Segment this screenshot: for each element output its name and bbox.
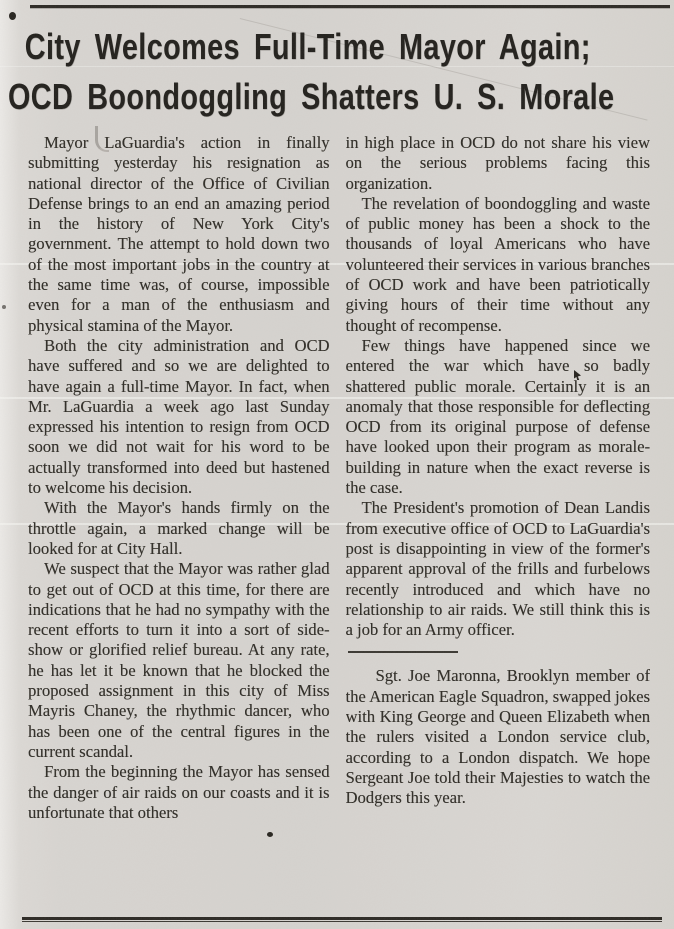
paragraph: The revelation of boondoggling and waste… [346, 194, 651, 336]
paragraph: Few things have happened since we entere… [346, 336, 651, 498]
note-paragraph: Sgt. Joe Maronna, Brooklyn member of the… [346, 666, 651, 808]
bottom-rule-thick [22, 917, 662, 920]
paragraph: The President's promotion of Dean Landis… [346, 498, 651, 640]
headline-line-1: City Welcomes Full-Time Mayor Again; [25, 22, 664, 72]
newspaper-clipping: City Welcomes Full-Time Mayor Again; OCD… [0, 0, 674, 929]
paragraph: in high place in OCD do not share his vi… [346, 133, 651, 194]
paragraph: Mayor LaGuardia's action in finally subm… [28, 133, 330, 336]
article-columns: Mayor LaGuardia's action in finally subm… [28, 133, 650, 929]
right-column: in high place in OCD do not share his vi… [346, 133, 651, 929]
ink-speck [9, 12, 16, 20]
section-divider [348, 651, 458, 653]
paragraph: We suspect that the Mayor was rather gla… [28, 559, 330, 762]
article-headline: City Welcomes Full-Time Mayor Again; OCD… [8, 22, 664, 122]
paragraph: From the beginning the Mayor has sensed … [28, 762, 330, 823]
paragraph: Both the city administration and OCD hav… [28, 336, 330, 498]
ink-speck [2, 305, 6, 309]
left-column: Mayor LaGuardia's action in finally subm… [28, 133, 330, 929]
top-rule [30, 5, 670, 8]
bottom-rule [22, 917, 662, 922]
bottom-rule-thin [22, 921, 662, 922]
headline-line-2: OCD Boondoggling Shatters U. S. Morale [8, 72, 664, 122]
paragraph: With the Mayor's hands firmly on the thr… [28, 498, 330, 559]
